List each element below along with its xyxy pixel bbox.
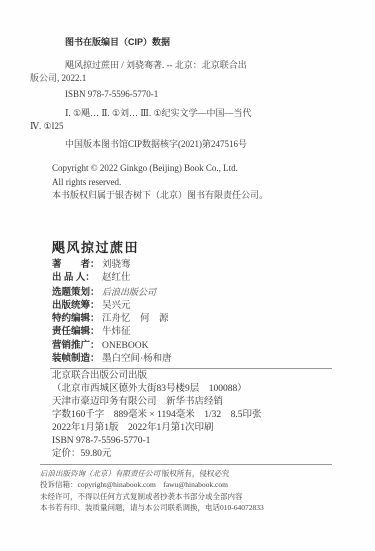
credit-label: 营销推广： [52,340,102,353]
rights-reserved-line: All rights reserved. [52,176,352,190]
credits-list: 著 者：刘骁骞 出 品 人：赵红仕 选题策划：后浪出版公司 出版统筹：吴兴元 特… [52,259,352,366]
credit-row-producer: 出 品 人：赵红仕 [52,272,352,285]
credit-row-special-editor: 特约编辑：江舟忆 何 源 [52,313,352,326]
credit-value: ONEBOOK [102,341,148,351]
copyright-line-en: Copyright © 2022 Ginkgo (Beijing) Book C… [52,162,352,176]
legal-block: 后浪出版咨询（北京）有限责任公司 版权所有，侵权必究 投诉信箱：copyrigh… [40,468,340,513]
credit-row-author: 著 者：刘骁骞 [52,259,352,272]
credit-label: 责任编辑： [52,326,102,339]
cip-header: 图书在版编目（CIP）数据 [30,36,348,49]
legal-quality-line: 本书若有印、装质量问题，请与本公司联系调换，电话010-64072833 [40,502,340,513]
legal-rights-line: 后浪出版咨询（北京）有限责任公司 版权所有，侵权必究 [40,468,340,479]
address-line: （北京市西城区德外大街83号楼9层 100088） [52,383,352,396]
cip-class-line2: Ⅳ. ①I25 [30,120,348,133]
legal-complaint-line: 投诉信箱：copyright@hinabook.com fawu@hinaboo… [40,479,340,490]
format-line: 字数160千字 889毫米 × 1194毫米 1/32 8.5印张 [52,409,352,422]
credit-value: 吴兴元 [102,301,131,311]
credit-value: 墨白空间·杨和唐 [102,354,172,364]
cip-entry-line1: 飓风掠过蔗田 / 刘骁骞著. -- 北京：北京联合出 [30,59,348,72]
cip-entry-line2: 版公司, 2022.1 [30,72,348,85]
credit-label: 特约编辑： [52,313,102,326]
copyright-block: Copyright © 2022 Ginkgo (Beijing) Book C… [52,162,352,203]
legal-company-script: 后浪出版咨询（北京）有限责任公司 [40,469,160,478]
cip-record: 中国版本图书馆CIP数据核字(2021)第247516号 [30,138,348,151]
credit-value: 赵红仕 [102,273,131,283]
credit-row-coordinator: 出版统筹：吴兴元 [52,300,352,313]
credit-row-planning: 选题策划：后浪出版公司 [52,286,352,300]
book-title: 飓风掠过蔗田 [52,237,139,256]
credit-label: 出 品 人： [52,272,102,285]
legal-no-copy-line: 未经许可，不得以任何方式复制或者抄袭本书部分或全部内容 [40,491,340,502]
credit-value: 江舟忆 何 源 [102,314,169,324]
credit-value-script: 后浪出版公司 [102,287,156,297]
publisher-line: 北京联合出版公司出版 [52,370,352,383]
price-line: 定价：59.80元 [52,448,352,461]
credit-value: 刘骁骞 [102,260,131,270]
credit-label: 出版统筹： [52,300,102,313]
credit-row-marketing: 营销推广：ONEBOOK [52,340,352,353]
edition-line: 2022年1月第1版 2022年1月第1次印刷 [52,422,352,435]
credit-label: 著 者： [52,259,102,272]
credit-label: 装帧制造： [52,353,102,366]
credit-row-design: 装帧制造：墨白空间·杨和唐 [52,353,352,366]
publication-block: 北京联合出版公司出版 （北京市西城区德外大街83号楼9层 100088） 天津市… [52,370,352,461]
credit-row-responsible-editor: 责任编辑：牛炜征 [52,326,352,339]
copyright-line-cn: 本书版权归属于银杏树下（北京）图书有限责任公司。 [52,189,352,203]
divider-top [50,368,332,369]
credit-label: 选题策划： [52,287,102,300]
copyright-page: 图书在版编目（CIP）数据 飓风掠过蔗田 / 刘骁骞著. -- 北京：北京联合出… [0,0,375,551]
printer-distributor-line: 天津市豪迈印务有限公司 新华书店经销 [52,396,352,409]
cip-block: 图书在版编目（CIP）数据 飓风掠过蔗田 / 刘骁骞著. -- 北京：北京联合出… [30,36,348,151]
isbn-line: ISBN 978-7-5596-5770-1 [52,435,352,448]
divider-bottom [40,464,332,465]
legal-rights-notice: 版权所有，侵权必究 [162,469,230,478]
cip-class-line1: Ⅰ. ①飓… Ⅱ. ①刘… Ⅲ. ①纪实文学—中国—当代 [30,107,348,120]
cip-isbn: ISBN 978-7-5596-5770-1 [30,88,348,101]
credit-value: 牛炜征 [102,327,131,337]
